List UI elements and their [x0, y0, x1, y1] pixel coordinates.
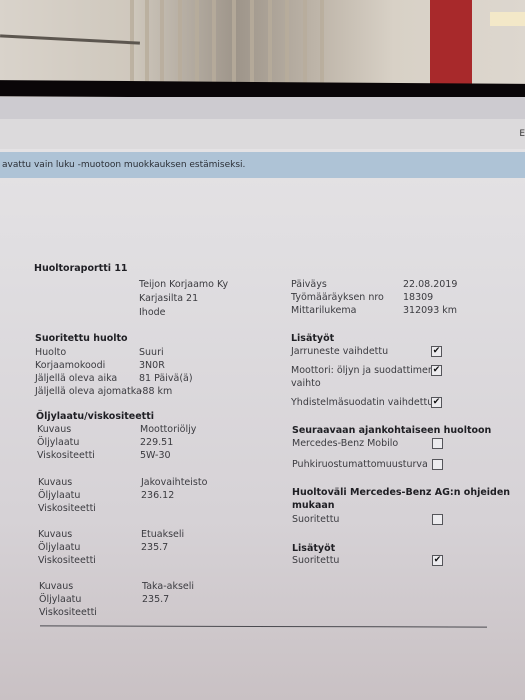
service-value: -88 km — [139, 386, 172, 397]
oil-value: Moottoriöljy — [140, 424, 196, 435]
meta-value: 18309 — [403, 292, 433, 303]
service-value: 81 Päivä(ä) — [139, 373, 193, 384]
extra-work2-heading: Lisätyöt — [292, 543, 335, 554]
oil-label: Viskositeetti — [39, 607, 97, 618]
oil-label: Kuvaus — [39, 581, 73, 592]
red-pillar — [430, 0, 472, 84]
oil-label: Viskositeetti — [38, 503, 96, 514]
workshop-city: Ihode — [139, 307, 166, 318]
checkbox-brake-fluid[interactable]: ✔ — [431, 346, 442, 357]
oil-value: Taka-akseli — [142, 581, 194, 592]
oil-label: Kuvaus — [38, 529, 72, 540]
service-value: Suuri — [139, 347, 164, 358]
meta-value: 312093 km — [403, 305, 457, 316]
service-done-heading: Suoritettu huolto — [35, 333, 128, 344]
workshop-street: Karjasilta 21 — [139, 293, 198, 304]
meta-label: Mittarilukema — [291, 305, 356, 316]
oil-label: Öljylaatu — [38, 490, 80, 501]
section-divider — [40, 625, 487, 627]
photo-background — [0, 0, 525, 90]
interval-heading-cont: mukaan — [292, 500, 335, 511]
oil-value: Jakovaihteisto — [141, 477, 207, 488]
meta-value: 22.08.2019 — [403, 279, 457, 290]
next-service-label: Puhkiruostumattomuusturva — [292, 459, 428, 470]
oil-label: Viskositeetti — [38, 555, 96, 566]
report-title: Huoltoraportti 11 — [34, 263, 128, 274]
next-service-heading: Seuraavaan ajankohtaiseen huoltoon — [292, 425, 491, 436]
service-report-document: Huoltoraportti 11 Teijon Korjaamo Ky Kar… — [0, 97, 525, 700]
extra-work-heading: Lisätyöt — [291, 333, 334, 344]
service-value: 3N0R — [139, 360, 165, 371]
extra-work2-label: Suoritettu — [292, 555, 339, 566]
checkbox-engine-oil[interactable]: ✔ — [431, 365, 442, 376]
interval-label: Suoritettu — [292, 514, 339, 525]
meta-label: Työmääräyksen nro — [291, 292, 384, 303]
oil-label: Öljylaatu — [37, 437, 79, 448]
checkbox-mobilo[interactable] — [432, 438, 443, 449]
service-label: Jäljellä oleva aika — [35, 373, 117, 384]
interval-heading: Huoltoväli Mercedes-Benz AG:n ohjeiden — [292, 487, 510, 498]
oil-value: 235.7 — [141, 542, 168, 553]
oil-heading: Öljylaatu/viskositeetti — [36, 411, 154, 422]
oil-label: Kuvaus — [38, 477, 72, 488]
oil-value: 5W-30 — [140, 450, 171, 461]
checkbox-rust-warranty[interactable] — [432, 459, 443, 470]
service-label: Jäljellä oleva ajomatka — [35, 386, 142, 397]
extra-work-label: Jarruneste vaihdettu — [291, 346, 388, 357]
checkbox-interval-done[interactable] — [432, 514, 443, 525]
oil-label: Viskositeetti — [37, 450, 95, 461]
workshop-name: Teijon Korjaamo Ky — [139, 279, 228, 290]
service-label: Huolto — [35, 347, 66, 358]
meta-label: Päiväys — [291, 279, 327, 290]
oil-label: Öljylaatu — [39, 594, 81, 605]
oil-value: Etuakseli — [141, 529, 184, 540]
checkbox-extra-work-done[interactable]: ✔ — [432, 555, 443, 566]
extra-work-label: Yhdistelmäsuodatin vaihdettu — [291, 397, 433, 408]
extra-work-label-cont: vaihto — [291, 378, 321, 389]
checkbox-combination-filter[interactable]: ✔ — [431, 397, 442, 408]
oil-value: 236.12 — [141, 490, 174, 501]
next-service-label: Mercedes-Benz Mobilo — [292, 438, 398, 449]
service-label: Korjaamokoodi — [35, 360, 105, 371]
extra-work-label: Moottori: öljyn ja suodattimen — [291, 365, 434, 376]
monitor-screen: E avattu vain luku -muotoon muokkauksen … — [0, 97, 525, 700]
oil-value: 235.7 — [142, 594, 169, 605]
oil-label: Kuvaus — [37, 424, 71, 435]
oil-value: 229.51 — [140, 437, 173, 448]
oil-label: Öljylaatu — [38, 542, 80, 553]
